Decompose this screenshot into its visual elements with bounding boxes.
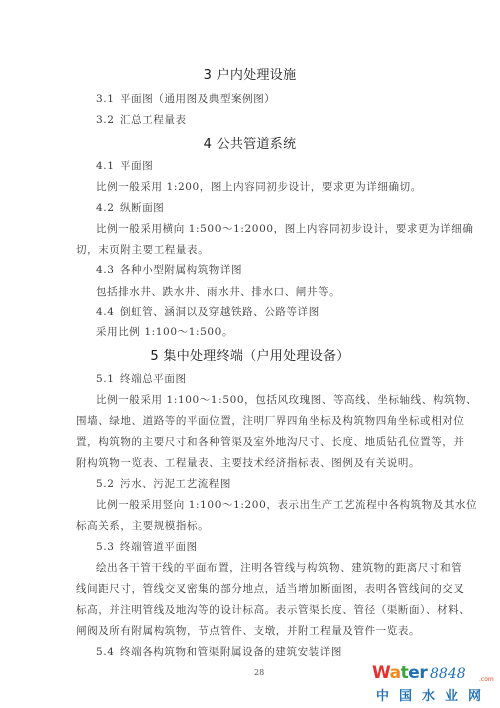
- paragraph-line: 围墙、绿地、道路等的平面位置，注明厂界四角坐标及构筑物四角坐标或相对位: [76, 414, 465, 428]
- paragraph-line: 标高，并注明管线及地沟等的设计标高。表示管渠长度、管径（渠断面）、材料、: [76, 603, 470, 617]
- section-heading-5: 5 集中处理终端（户用处理设备）: [0, 345, 500, 364]
- subsection-5-3: 5.3终端管道平面图: [96, 540, 198, 554]
- paragraph-line: 置，构筑物的主要尺寸和各种管渠及室外地沟尺寸、长度、地质钻孔位置等，并: [76, 435, 465, 449]
- watermark-brand: Water: [372, 663, 427, 683]
- paragraph-line: 比例一般采用 1:200，图上内容同初步设计，要求更为详细确切。: [96, 180, 422, 194]
- subsection-5-1: 5.1终端总平面图: [96, 372, 187, 386]
- paragraph-line: 绘出各干管干线的平面布置，注明各管线与构筑物、建筑物的距离尺寸和管: [96, 561, 462, 575]
- section-heading-3: 3 户内处理设施: [0, 64, 500, 83]
- paragraph-line: 比例一般采用 1:100～1:500，包括风玫瑰图、等高线、坐标轴线、构筑物、: [96, 393, 477, 407]
- subsection-3-2: 3.2汇总工程量表: [96, 113, 187, 127]
- watermark-logo: Water 8848 .com 中国水业网: [372, 663, 500, 705]
- paragraph-line: 比例一般采用竖向 1:100～1:200，表示出生产工艺流程中各构筑物及其水位: [96, 498, 477, 512]
- paragraph-line: 闸阀及所有附属构筑物，节点管件、支墩，并附工程量及管件一览表。: [76, 624, 420, 638]
- paragraph-line: 切，末页附主要工程量表。: [76, 243, 209, 257]
- subsection-5-4: 5.4终端各构筑物和管渠附属设备的建筑安装详图: [96, 645, 342, 659]
- paragraph-line: 包括排水井、跌水井、雨水井、排水口、闸井等。: [96, 285, 340, 299]
- paragraph-line: 比例一般采用横向 1:500～1:2000，图上内容同初步设计，要求更为详细确: [96, 222, 473, 236]
- subsection-4-3: 4.3各种小型附属构筑物详图: [96, 263, 242, 277]
- page-number: 28: [254, 668, 264, 677]
- section-heading-4: 4 公共管道系统: [0, 133, 500, 152]
- subsection-3-1: 3.1平面图（通用图及典型案例图）: [96, 92, 275, 106]
- subsection-4-4: 4.4倒虹管、涵洞以及穿越铁路、公路等详图: [96, 305, 320, 319]
- watermark-suffix: .com: [479, 676, 494, 683]
- paragraph-line: 附构筑物一览表、工程量表、主要技术经济指标表、图例及有关说明。: [76, 456, 420, 470]
- paragraph-line: 标高关系，主要规模指标。: [76, 519, 209, 533]
- subsection-4-2: 4.2纵断面图: [96, 201, 164, 215]
- watermark-chinese: 中国水业网: [376, 685, 491, 704]
- document-page: 3 户内处理设施 3.1平面图（通用图及典型案例图） 3.2汇总工程量表 4 公…: [0, 0, 500, 708]
- subsection-4-1: 4.1平面图: [96, 159, 153, 173]
- watermark-number: 8848: [430, 666, 466, 682]
- paragraph-line: 采用比例 1:100～1:500。: [96, 325, 233, 339]
- paragraph-line: 线间距尺寸，管线交叉密集的部分地点，适当增加断面图，表明各管线间的交叉: [76, 582, 465, 596]
- subsection-5-2: 5.2污水、污泥工艺流程图: [96, 477, 231, 491]
